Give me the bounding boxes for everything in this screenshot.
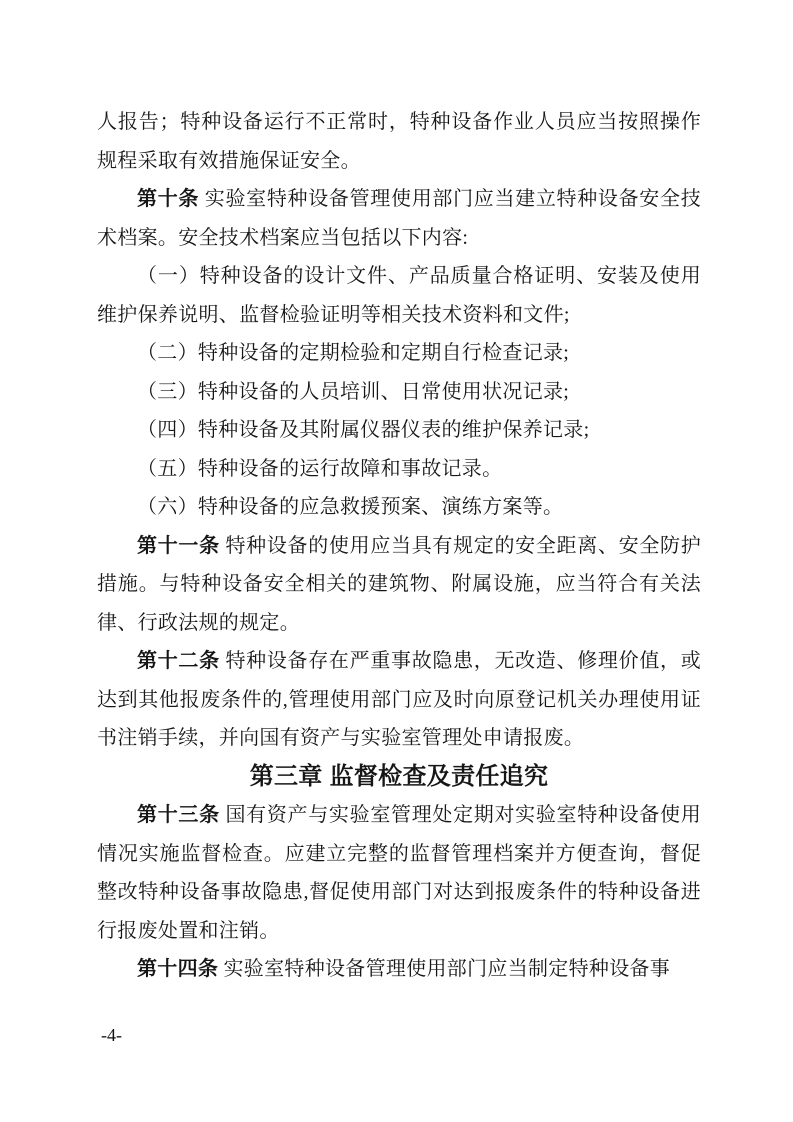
article-10-paragraph: 第十条 实验室特种设备管理使用部门应当建立特种设备安全技术档案。安全技术档案应当… — [97, 180, 701, 257]
list-item-1-text: （一）特种设备的设计文件、产品质量合格证明、安装及使用维护保养说明、监督检验证明… — [97, 265, 701, 326]
list-item-2: （二）特种设备的定期检验和定期自行检查记录; — [97, 334, 701, 373]
list-item-3: （三）特种设备的人员培训、日常使用状况记录; — [97, 373, 701, 412]
article-13-number: 第十三条 — [137, 804, 220, 826]
list-item-4: （四）特种设备及其附属仪器仪表的维护保养记录; — [97, 411, 701, 450]
list-item-6: （六）特种设备的应急救援预案、演练方案等。 — [97, 488, 701, 527]
article-14-text: 实验室特种设备管理使用部门应当制定特种设备事 — [218, 958, 670, 980]
document-body: 人报告；特种设备运行不正常时，特种设备作业人员应当按照操作规程采取有效措施保证安… — [97, 103, 701, 989]
article-12-paragraph: 第十二条 特种设备存在严重事故隐患，无改造、修理价值，或达到其他报废条件的,管理… — [97, 642, 701, 758]
article-10-number: 第十条 — [137, 188, 199, 210]
list-item-5-text: （五）特种设备的运行故障和事故记录。 — [137, 458, 502, 480]
article-11-paragraph: 第十一条 特种设备的使用应当具有规定的安全距离、安全防护措施。与特种设备安全相关… — [97, 527, 701, 643]
article-13-paragraph: 第十三条 国有资产与实验室管理处定期对实验室特种设备使用情况实施监督检查。应建立… — [97, 796, 701, 950]
page-number: -4- — [101, 1025, 122, 1045]
list-item-3-text: （三）特种设备的人员培训、日常使用状况记录; — [137, 381, 569, 403]
list-item-4-text: （四）特种设备及其附属仪器仪表的维护保养记录; — [137, 419, 589, 441]
document-page: 人报告；特种设备运行不正常时，特种设备作业人员应当按照操作规程采取有效措施保证安… — [0, 0, 793, 1122]
article-14-paragraph: 第十四条 实验室特种设备管理使用部门应当制定特种设备事 — [97, 950, 701, 989]
list-item-1: （一）特种设备的设计文件、产品质量合格证明、安装及使用维护保养说明、监督检验证明… — [97, 257, 701, 334]
list-item-2-text: （二）特种设备的定期检验和定期自行检查记录; — [137, 342, 569, 364]
paragraph-continuation-text: 人报告；特种设备运行不正常时，特种设备作业人员应当按照操作规程采取有效措施保证安… — [97, 111, 701, 172]
paragraph-continuation: 人报告；特种设备运行不正常时，特种设备作业人员应当按照操作规程采取有效措施保证安… — [97, 103, 701, 180]
chapter-3-heading: 第三章 监督检查及责任追究 — [97, 758, 701, 797]
list-item-6-text: （六）特种设备的应急救援预案、演练方案等。 — [137, 496, 563, 518]
list-item-5: （五）特种设备的运行故障和事故记录。 — [97, 450, 701, 489]
article-12-number: 第十二条 — [137, 650, 220, 672]
article-14-number: 第十四条 — [137, 958, 218, 980]
article-11-number: 第十一条 — [137, 535, 220, 557]
